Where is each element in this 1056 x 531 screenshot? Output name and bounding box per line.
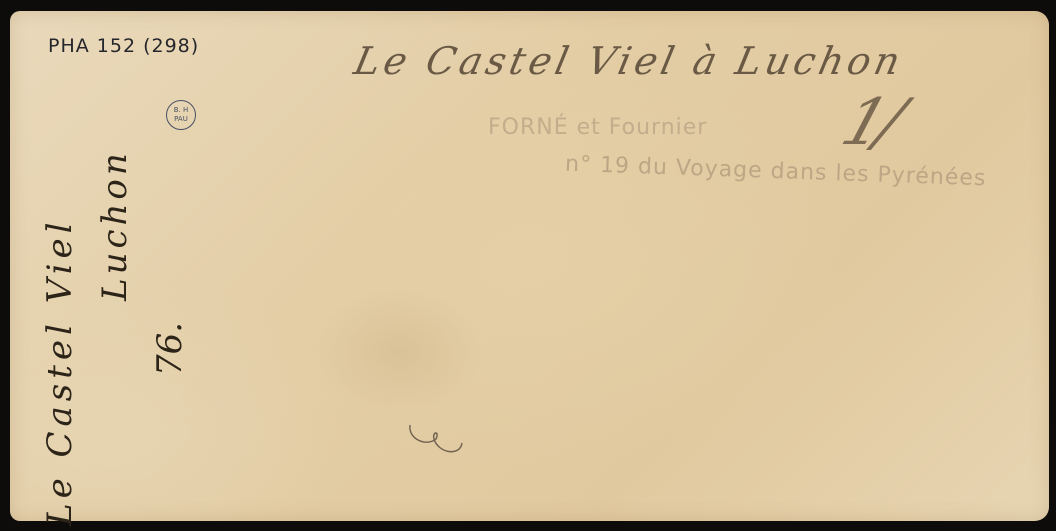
vertical-note-number: 76. bbox=[150, 322, 190, 376]
vertical-note-place: Luchon bbox=[95, 149, 135, 301]
number-mark: 1/ bbox=[833, 86, 907, 160]
pencil-note-publisher: FORNÉ et Fournier bbox=[488, 115, 707, 140]
stamp-line-2: PAU bbox=[167, 115, 195, 124]
library-stamp: B. H PAU bbox=[166, 100, 196, 130]
handwritten-title: Le Castel Viel à Luchon bbox=[350, 39, 908, 83]
ink-squiggle-icon bbox=[408, 421, 478, 461]
vertical-note-title: Le Castel Viel bbox=[40, 217, 80, 526]
pencil-note-series: n° 19 du Voyage dans les Pyrénées bbox=[565, 152, 987, 192]
stamp-line-1: B. H bbox=[167, 106, 195, 115]
catalog-number: PHA 152 (298) bbox=[48, 35, 199, 57]
card-verso: PHA 152 (298) B. H PAU Le Castel Viel à … bbox=[10, 11, 1049, 521]
